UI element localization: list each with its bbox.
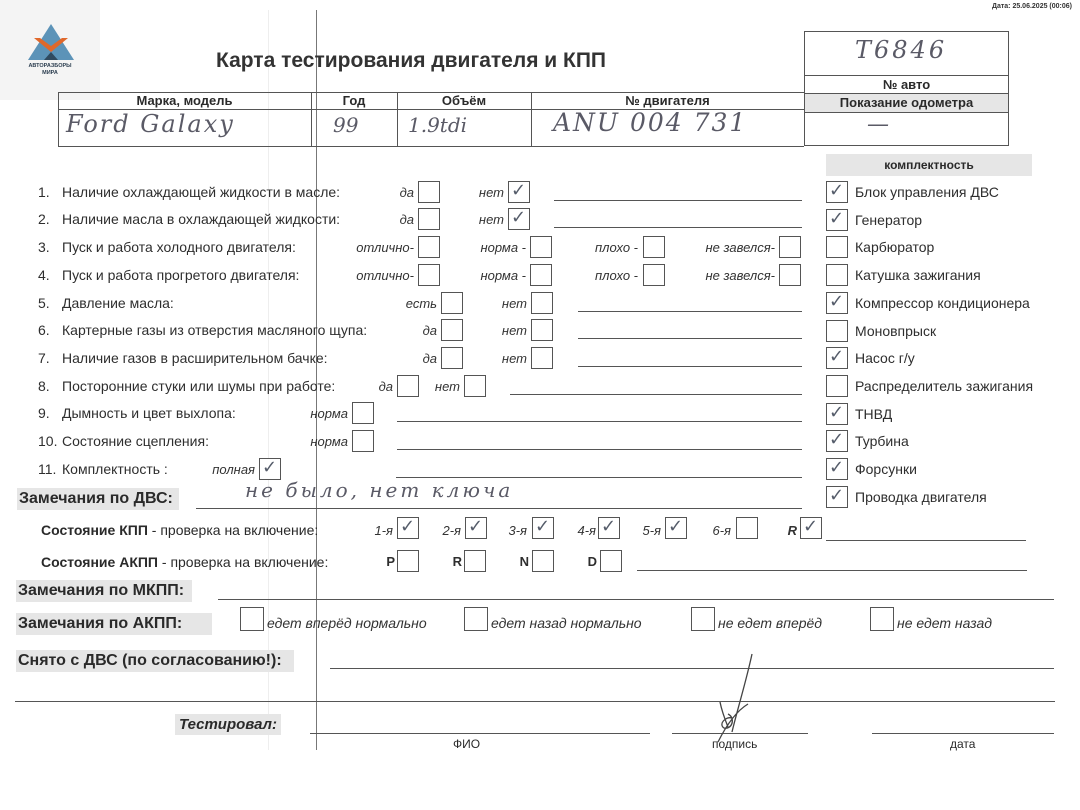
option-label: нет (479, 212, 504, 227)
make-model-value[interactable]: Ford Galaxy (66, 110, 235, 138)
gear-label: 4-я (577, 523, 596, 538)
notes-line[interactable] (554, 200, 802, 201)
option-checkbox[interactable]: ✓ (508, 208, 530, 230)
fio-caption: ФИО (453, 737, 480, 751)
option-checkbox[interactable] (441, 319, 463, 341)
check-row-number: 5. (38, 295, 50, 311)
year-value[interactable]: 99 (333, 113, 358, 137)
notes-line[interactable] (554, 227, 802, 228)
check-row-label: Дымность и цвет выхлопа: (62, 405, 236, 421)
auto-gearbox-label: Состояние АКПП - проверка на включение: (41, 554, 328, 570)
logo-mark-icon (28, 24, 74, 60)
check-row-label: Пуск и работа прогретого двигателя: (62, 267, 299, 283)
option-label: полная (212, 462, 255, 477)
page-title: Карта тестирования двигателя и КПП (216, 49, 606, 73)
company-logo: АВТОРАЗБОРЫ МИРА (0, 0, 100, 100)
completeness-checkbox[interactable]: ✓ (826, 347, 848, 369)
check-row-label: Давление масла: (62, 295, 174, 311)
checkmark-icon: ✓ (803, 519, 818, 535)
notes-line[interactable] (578, 366, 802, 367)
completeness-checkbox[interactable] (826, 375, 848, 397)
option-checkbox[interactable] (352, 402, 374, 424)
option-checkbox[interactable] (441, 292, 463, 314)
completeness-checkbox[interactable]: ✓ (826, 292, 848, 314)
col-engine-number: № двигателя (531, 93, 804, 108)
completeness-item-label: Компрессор кондиционера (855, 295, 1030, 311)
gear-label: 6-я (712, 523, 731, 538)
notes-line[interactable] (397, 449, 802, 450)
akpp-remark-label: едет назад нормально (491, 615, 642, 631)
gear-checkbox[interactable]: ✓ (465, 517, 487, 539)
option-label: да (423, 323, 437, 338)
check-row-number: 9. (38, 405, 50, 421)
checkmark-icon: ✓ (468, 519, 483, 535)
car-number-label: № авто (805, 75, 1008, 93)
logo-text-line2: МИРА (0, 70, 100, 77)
gear-position-checkbox[interactable] (464, 550, 486, 572)
checkmark-icon: ✓ (829, 405, 844, 421)
option-checkbox[interactable] (418, 236, 440, 258)
akpp-remark-checkbox[interactable] (464, 607, 488, 631)
completeness-checkbox[interactable]: ✓ (826, 486, 848, 508)
check-row-number: 3. (38, 239, 50, 255)
gear-checkbox[interactable]: ✓ (397, 517, 419, 539)
notes-line[interactable] (510, 394, 802, 395)
option-label: норма - (480, 268, 526, 283)
odometer-label: Показание одометра (805, 93, 1008, 113)
completeness-checkbox[interactable] (826, 320, 848, 342)
checkmark-icon: ✓ (535, 519, 550, 535)
akpp-remark-label: не едет назад (897, 615, 992, 631)
completeness-checkbox[interactable]: ✓ (826, 430, 848, 452)
col-make-model: Марка, модель (58, 93, 311, 108)
checkmark-icon: ✓ (829, 211, 844, 227)
engine-remarks-label: Замечания по ДВС: (17, 488, 179, 510)
gear-position-label: N (520, 554, 529, 569)
akpp-remark-checkbox[interactable] (240, 607, 264, 631)
option-checkbox[interactable] (779, 264, 801, 286)
completeness-item-label: ТНВД (855, 406, 892, 422)
check-row-number: 10. (38, 433, 57, 449)
option-label: нет (435, 379, 460, 394)
check-row-number: 4. (38, 267, 50, 283)
akpp-remark-checkbox[interactable] (691, 607, 715, 631)
notes-line[interactable] (578, 338, 802, 339)
check-row-number: 8. (38, 378, 50, 394)
check-row-label: Картерные газы из отверстия масляного щу… (62, 322, 367, 338)
car-number-value[interactable]: T6846 (855, 36, 947, 64)
mkpp-remarks-label: Замечания по МКПП: (16, 580, 192, 602)
gear-checkbox[interactable]: ✓ (665, 517, 687, 539)
completeness-checkbox[interactable]: ✓ (826, 209, 848, 231)
gear-label: 1-я (374, 523, 393, 538)
option-checkbox[interactable] (441, 347, 463, 369)
option-label: норма (310, 434, 348, 449)
option-checkbox[interactable] (418, 181, 440, 203)
gear-position-label: P (386, 554, 395, 569)
option-label: не завелся- (705, 268, 775, 283)
col-year: Год (311, 93, 397, 108)
completeness-item-label: Генератор (855, 212, 922, 228)
option-label: да (400, 212, 414, 227)
option-checkbox[interactable] (643, 236, 665, 258)
option-label: да (423, 351, 437, 366)
completeness-item-label: Форсунки (855, 461, 917, 477)
checkmark-icon: ✓ (262, 460, 277, 476)
checkmark-icon: ✓ (511, 210, 526, 226)
option-checkbox[interactable]: ✓ (259, 458, 281, 480)
option-checkbox[interactable] (530, 236, 552, 258)
gear-checkbox[interactable]: ✓ (532, 517, 554, 539)
option-checkbox[interactable] (418, 264, 440, 286)
car-number-box: T6846 № авто Показание одометра — (804, 31, 1009, 146)
checkmark-icon: ✓ (829, 294, 844, 310)
completeness-checkbox[interactable]: ✓ (826, 458, 848, 480)
gear-label: 5-я (642, 523, 661, 538)
checkmark-icon: ✓ (601, 519, 616, 535)
option-checkbox[interactable] (531, 347, 553, 369)
option-label: нет (502, 323, 527, 338)
notes-line[interactable] (397, 421, 802, 422)
checkmark-icon: ✓ (400, 519, 415, 535)
option-checkbox[interactable] (531, 319, 553, 341)
tested-by-label: Тестировал: (175, 714, 281, 735)
akpp-remark-label: едет вперёд нормально (267, 615, 427, 631)
checkmark-icon: ✓ (829, 460, 844, 476)
gear-label: R (788, 523, 797, 538)
check-row-number: 1. (38, 184, 50, 200)
completeness-item-label: Моновпрыск (855, 323, 936, 339)
odometer-value[interactable]: — (867, 112, 889, 137)
checkmark-icon: ✓ (668, 519, 683, 535)
gear-position-label: R (453, 554, 462, 569)
check-row-number: 7. (38, 350, 50, 366)
gear-label: 2-я (442, 523, 461, 538)
gear-position-checkbox[interactable] (532, 550, 554, 572)
check-row-number: 6. (38, 322, 50, 338)
option-checkbox[interactable] (418, 208, 440, 230)
option-label: есть (406, 296, 437, 311)
check-row-label: Состояние сцепления: (62, 433, 209, 449)
option-label: отлично- (356, 268, 414, 283)
checkmark-icon: ✓ (829, 488, 844, 504)
signature-scribble-icon[interactable] (670, 652, 760, 752)
checkmark-icon: ✓ (829, 349, 844, 365)
date-caption: дата (950, 737, 975, 751)
vehicle-table: Марка, модель Год Объём № двигателя Ford… (58, 93, 804, 147)
option-label: плохо - (595, 268, 638, 283)
akpp-remark-checkbox[interactable] (870, 607, 894, 631)
gear-checkbox[interactable]: ✓ (598, 517, 620, 539)
option-checkbox[interactable] (643, 264, 665, 286)
volume-value[interactable]: 1.9tdi (408, 113, 467, 137)
completeness-item-label: Катушка зажигания (855, 267, 981, 283)
completeness-item-label: Насос г/у (855, 350, 915, 366)
option-checkbox[interactable] (779, 236, 801, 258)
check-row-number: 11. (38, 461, 56, 477)
removed-label: Снято с ДВС (по согласованию!): (16, 650, 294, 672)
option-label: норма (310, 406, 348, 421)
check-row-label: Посторонние стуки или шумы при работе: (62, 378, 335, 394)
checkmark-icon: ✓ (829, 432, 844, 448)
check-row-label: Наличие газов в расширительном бачке: (62, 350, 328, 366)
check-row-label: Наличие масла в охлаждающей жидкости: (62, 211, 340, 227)
option-label: плохо - (595, 240, 638, 255)
completeness-checkbox[interactable]: ✓ (826, 403, 848, 425)
completeness-title: комплектность (826, 154, 1032, 176)
completeness-checkbox[interactable] (826, 236, 848, 258)
completeness-item-label: Карбюратор (855, 239, 934, 255)
logo-text-line1: АВТОРАЗБОРЫ (0, 63, 100, 70)
notes-line[interactable] (578, 311, 802, 312)
check-row-number: 2. (38, 211, 50, 227)
option-label: норма - (480, 240, 526, 255)
engine-remarks-value[interactable]: не было, нет ключа (245, 478, 513, 502)
completeness-checkbox[interactable] (826, 264, 848, 286)
option-label: нет (502, 296, 527, 311)
option-label: нет (479, 185, 504, 200)
option-checkbox[interactable]: ✓ (508, 181, 530, 203)
gear-position-checkbox[interactable] (397, 550, 419, 572)
date-stamp: Дата: 25.06.2025 (00:06) (992, 3, 1072, 10)
gear-checkbox[interactable] (736, 517, 758, 539)
gear-checkbox[interactable]: ✓ (800, 517, 822, 539)
check-row-label: Наличие охлаждающей жидкости в масле: (62, 184, 340, 200)
check-row-label: Пуск и работа холодного двигателя: (62, 239, 296, 255)
gear-position-label: D (588, 554, 597, 569)
gear-position-checkbox[interactable] (600, 550, 622, 572)
option-label: да (400, 185, 414, 200)
engine-number-value[interactable]: ANU 004 731 (553, 108, 747, 137)
col-volume: Объём (397, 93, 531, 108)
completeness-item-label: Проводка двигателя (855, 489, 987, 505)
option-checkbox[interactable] (464, 375, 486, 397)
option-checkbox[interactable] (530, 264, 552, 286)
option-label: да (379, 379, 393, 394)
checkmark-icon: ✓ (829, 183, 844, 199)
checkmark-icon: ✓ (511, 183, 526, 199)
completeness-checkbox[interactable]: ✓ (826, 181, 848, 203)
option-label: нет (502, 351, 527, 366)
completeness-item-label: Блок управления ДВС (855, 184, 999, 200)
manual-gearbox-label: Состояние КПП - проверка на включение: (41, 522, 318, 538)
akpp-remarks-label: Замечания по АКПП: (16, 613, 212, 635)
option-label: не завелся- (705, 240, 775, 255)
option-label: отлично- (356, 240, 414, 255)
completeness-item-label: Распределитель зажигания (855, 378, 1033, 394)
option-checkbox[interactable] (531, 292, 553, 314)
option-checkbox[interactable] (352, 430, 374, 452)
completeness-item-label: Турбина (855, 433, 909, 449)
check-row-label: Комплектность : (62, 461, 168, 477)
gear-label: 3-я (508, 523, 527, 538)
akpp-remark-label: не едет вперёд (718, 615, 822, 631)
option-checkbox[interactable] (397, 375, 419, 397)
